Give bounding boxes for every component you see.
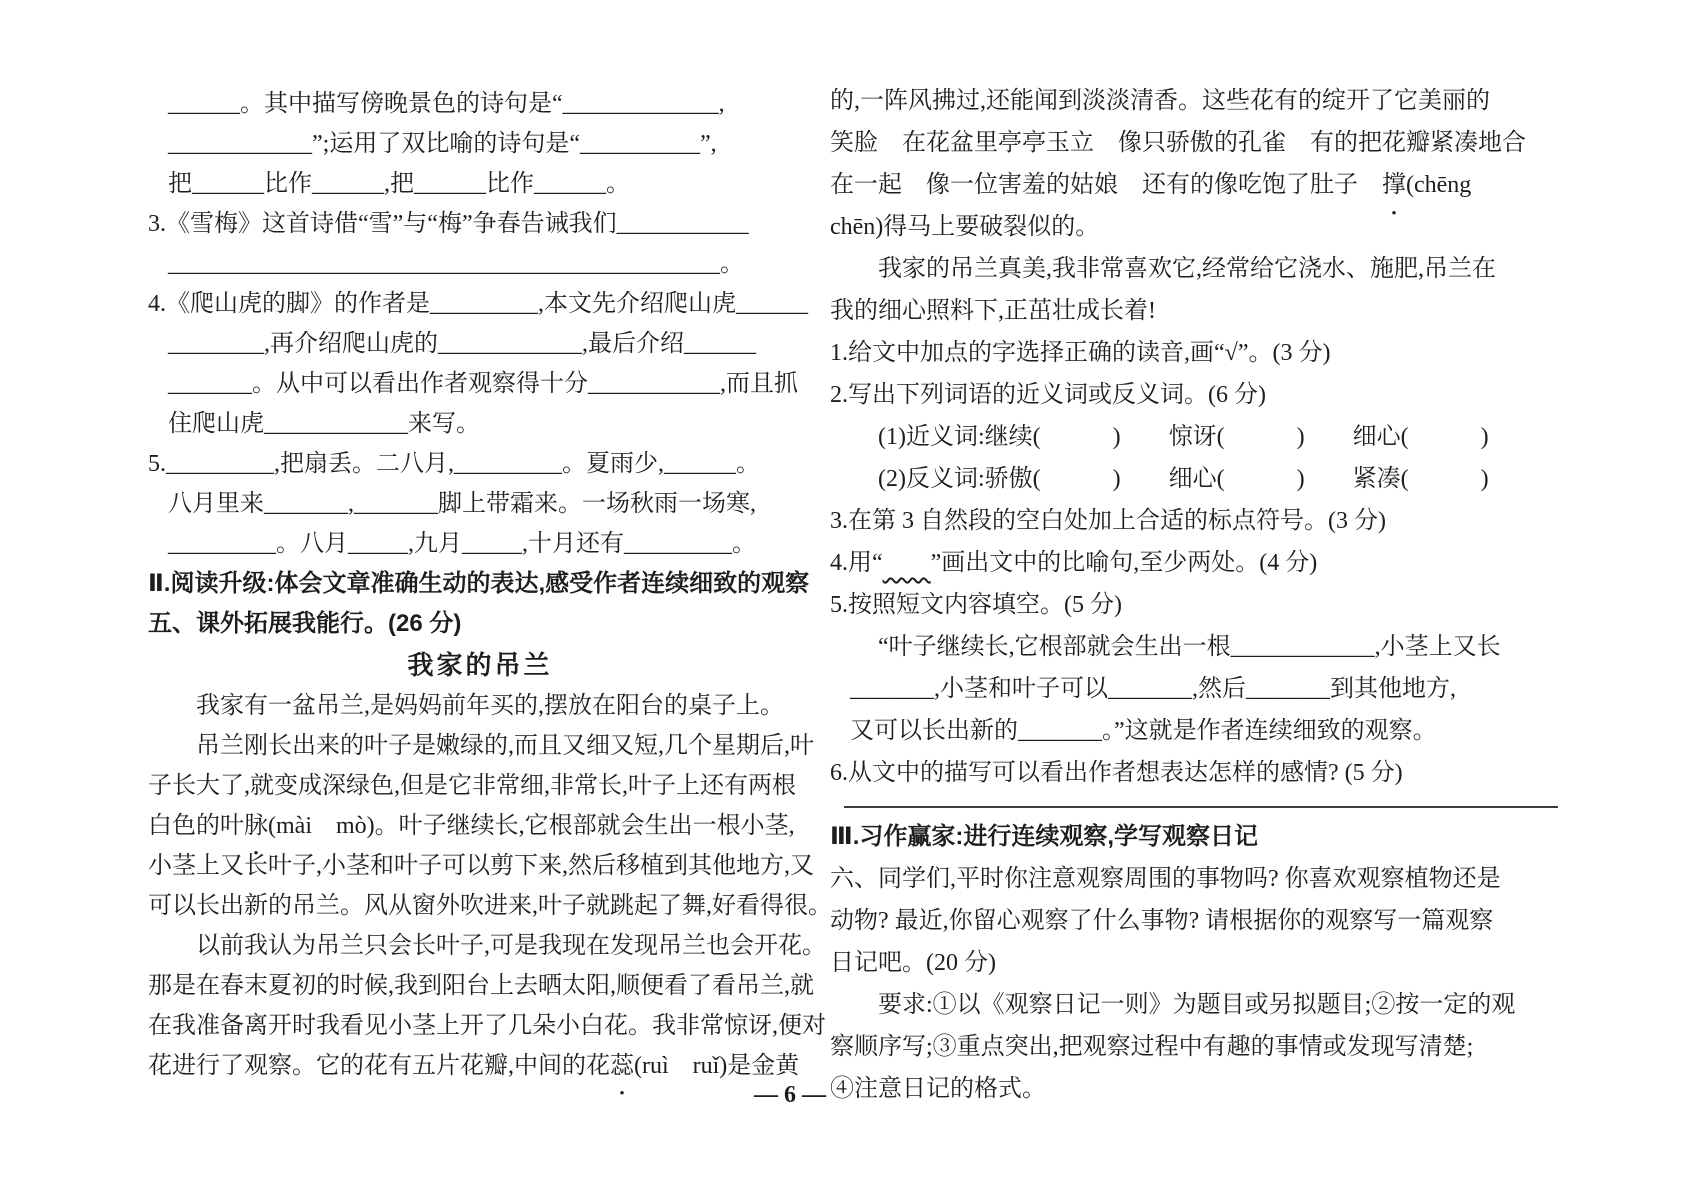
question-line: 1.给文中加点的字选择正确的读音,画“√”。(3 分): [830, 332, 1574, 374]
essay-line: 白色的叶脉(mài mò)。叶子继续长,它根部就会生出一根小茎,: [148, 806, 812, 846]
writing-line: 六、同学们,平时你注意观察周围的事物吗? 你喜欢观察植物还是: [830, 858, 1574, 900]
text-run: 笑脸 在花盆里亭亭玉立 像只骄傲的孔雀 有的把花瓣紧凑地合: [830, 130, 1526, 156]
question-line: 住爬山虎____________来写。: [148, 404, 812, 444]
writing-line: 察顺序写;③重点突出,把观察过程中有趣的事情或发现写清楚;: [830, 1026, 1574, 1068]
text-run: 六、同学们,平时你注意观察周围的事物吗? 你喜欢观察植物还是: [830, 866, 1501, 892]
question-line: ________,再介绍爬山虎的____________,最后介绍______: [148, 324, 812, 364]
text-run: 6.从文中的描写可以看出作者想表达怎样的感情? (5 分): [830, 760, 1403, 786]
text-run: 察顺序写;③重点突出,把观察过程中有趣的事情或发现写清楚;: [830, 1034, 1473, 1060]
writing-line: 日记吧。(20 分): [830, 942, 1574, 984]
text-run: 5.按照短文内容填空。(5 分): [830, 592, 1122, 618]
question-line: _______,小茎和叶子可以_______,然后_______到其他地方,: [830, 668, 1574, 710]
essay-block-right: 的,一阵风拂过,还能闻到淡淡清香。这些花有的绽开了它美丽的笑脸 在花盆里亭亭玉立…: [830, 80, 1574, 332]
text-run: _______,小茎和叶子可以_______,然后_______到其他地方,: [850, 676, 1456, 702]
text-run: 可以长出新的吊兰。风从窗外吹进来,叶子就跳起了舞,好看得很。: [148, 893, 832, 919]
text-run: 住爬山虎____________来写。: [168, 411, 480, 437]
text-run: 在我准备离开时我看见小茎上开了几朵小白花。我非常惊讶,便对: [148, 1013, 826, 1039]
text-run: “叶子继续长,它根部就会生出一根____________,小茎上又长: [878, 634, 1501, 660]
essay-line: 吊兰刚长出来的叶子是嫩绿的,而且又细又短,几个星期后,叶: [148, 726, 812, 766]
question-block-right: 1.给文中加点的字选择正确的读音,画“√”。(3 分)2.写出下列词语的近义词或…: [830, 332, 1574, 794]
essay-title: 我家的吊兰: [148, 645, 812, 685]
essay-line: 花进行了观察。它的花有五片花瓣,中间的花蕊(ruì ruǐ)是金黄: [148, 1046, 812, 1086]
text-run: 子长大了,就变成深绿色,但是它非常细,非常长,叶子上还有两根: [148, 773, 796, 799]
text-run: 花进行了观察。它的花有五片花瓣,中间的花: [148, 1053, 610, 1079]
text-run: ________,再介绍爬山虎的____________,最后介绍______: [168, 331, 756, 357]
text-run: (chēng: [1406, 172, 1471, 198]
question-line: 八月里来_______,_______脚上带霜来。一场秋雨一场寒,: [148, 484, 812, 524]
text-run: 白色的叶: [148, 813, 244, 839]
writing-block: 六、同学们,平时你注意观察周围的事物吗? 你喜欢观察植物还是动物? 最近,你留心…: [830, 858, 1574, 1110]
writing-line: 要求:①以《观察日记一则》为题目或另拟题目;②按一定的观: [830, 984, 1574, 1026]
text-run: 2.写出下列词语的近义词或反义词。(6 分): [830, 382, 1266, 408]
page-number: — 6 —: [0, 1082, 1580, 1109]
question-line: 把______比作______,把______比作______。: [148, 164, 812, 204]
question-line: (2)反义词:骄傲( ) 细心( ) 紧凑( ): [830, 458, 1574, 500]
text-run: 那是在春末夏初的时候,我到阳台上去晒太阳,顺便看了看吊兰,就: [148, 973, 814, 999]
text-run: 把______比作______,把______比作______。: [168, 171, 630, 197]
question-line: 4.《爬山虎的脚》的作者是_________,本文先介绍爬山虎______: [148, 284, 812, 324]
writing-line: 动物? 最近,你留心观察了什么事物? 请根据你的观察写一篇观察: [830, 900, 1574, 942]
wavy-line-mark: [883, 550, 931, 576]
text-run: 日记吧。(20 分): [830, 950, 996, 976]
scanned-test-page: { "colors": { "background": "#ffffff", "…: [0, 0, 1682, 1190]
left-column: ______。其中描写傍晚景色的诗句是“_____________,______…: [148, 84, 812, 1086]
essay-line: 小茎上又长叶子,小茎和叶子可以剪下来,然后移植到其他地方,又: [148, 846, 812, 886]
text-run: 吊兰刚长出来的叶子是嫩绿的,而且又细又短,几个星期后,叶: [196, 733, 814, 759]
text-run: _________。八月_____,九月_____,十月还有_________。: [168, 531, 756, 557]
section-heading-reading: Ⅱ.阅读升级:体会文章准确生动的表达,感受作者连续细致的观察: [148, 564, 812, 604]
essay-line: 的,一阵风拂过,还能闻到淡淡清香。这些花有的绽开了它美丽的: [830, 80, 1574, 122]
question-line: _______。从中可以看出作者观察得十分___________,而且抓: [148, 364, 812, 404]
text-run: chēn)得马上要破裂似的。: [830, 214, 1099, 240]
text-run: 3.在第 3 自然段的空白处加上合适的标点符号。(3 分): [830, 508, 1386, 534]
essay-line: 那是在春末夏初的时候,我到阳台上去晒太阳,顺便看了看吊兰,就: [148, 966, 812, 1006]
question-line: 5.按照短文内容填空。(5 分): [830, 584, 1574, 626]
text-run: (2)反义词:骄傲( ) 细心( ) 紧凑( ): [878, 466, 1489, 492]
text-run: 又可以长出新的_______。”这就是作者连续细致的观察。: [850, 718, 1437, 744]
text-run: (1)近义词:继续( ) 惊讶( ) 细心( ): [878, 424, 1489, 450]
section-heading-writing: Ⅲ.习作赢家:进行连续观察,学写观察日记: [830, 816, 1574, 858]
text-run: 5._________,把扇丢。二八月,_________。夏雨少,______…: [148, 451, 760, 477]
text-run: 在一起 像一位害羞的姑娘 还有的像吃饱了肚子: [830, 172, 1382, 198]
essay-line: 笑脸 在花盆里亭亭玉立 像只骄傲的孔雀 有的把花瓣紧凑地合: [830, 122, 1574, 164]
text-run: ”画出文中的比喻句,至少两处。(4 分): [931, 550, 1318, 576]
section-divider: [844, 806, 1558, 808]
text-run: ______。其中描写傍晚景色的诗句是“_____________,: [168, 91, 725, 117]
text-run: 的,一阵风拂过,还能闻到淡淡清香。这些花有的绽开了它美丽的: [830, 88, 1490, 114]
text-run: 小茎上又长叶子,小茎和叶子可以剪下来,然后移植到其他地方,又: [148, 853, 814, 879]
essay-line: 我家的吊兰真美,我非常喜欢它,经常给它浇水、施肥,吊兰在: [830, 248, 1574, 290]
text-run: 要求:①以《观察日记一则》为题目或另拟题目;②按一定的观: [878, 992, 1515, 1018]
text-run: 我家的吊兰真美,我非常喜欢它,经常给它浇水、施肥,吊兰在: [878, 256, 1496, 282]
essay-line: 我家有一盆吊兰,是妈妈前年买的,摆放在阳台的桌子上。: [148, 686, 812, 726]
question-line: 6.从文中的描写可以看出作者想表达怎样的感情? (5 分): [830, 752, 1574, 794]
question-line: ________________________________________…: [148, 244, 812, 284]
question-line: 5._________,把扇丢。二八月,_________。夏雨少,______…: [148, 444, 812, 484]
text-run: ____________”;运用了双比喻的诗句是“__________”,: [168, 131, 717, 157]
question-line: _________。八月_____,九月_____,十月还有_________。: [148, 524, 812, 564]
emphasis-dot-char: 蕊: [610, 1046, 634, 1086]
question-line: 4.用“ ”画出文中的比喻句,至少两处。(4 分): [830, 542, 1574, 584]
question-line: 3.《雪梅》这首诗借“雪”与“梅”争春告诫我们___________: [148, 204, 812, 244]
essay-block-left: 我家有一盆吊兰,是妈妈前年买的,摆放在阳台的桌子上。吊兰刚长出来的叶子是嫩绿的,…: [148, 686, 812, 1086]
essay-line: 子长大了,就变成深绿色,但是它非常细,非常长,叶子上还有两根: [148, 766, 812, 806]
question-block-left: ______。其中描写傍晚景色的诗句是“_____________,______…: [148, 84, 812, 564]
essay-line: 可以长出新的吊兰。风从窗外吹进来,叶子就跳起了舞,好看得很。: [148, 886, 812, 926]
emphasis-dot-char: 脉: [244, 806, 268, 846]
question-line: 2.写出下列词语的近义词或反义词。(6 分): [830, 374, 1574, 416]
text-run: (ruì ruǐ)是金黄: [634, 1053, 799, 1079]
question-line: ______。其中描写傍晚景色的诗句是“_____________,: [148, 84, 812, 124]
text-run: 八月里来_______,_______脚上带霜来。一场秋雨一场寒,: [168, 491, 756, 517]
essay-line: 在我准备离开时我看见小茎上开了几朵小白花。我非常惊讶,便对: [148, 1006, 812, 1046]
text-run: _______。从中可以看出作者观察得十分___________,而且抓: [168, 371, 798, 397]
text-run: 3.《雪梅》这首诗借“雪”与“梅”争春告诫我们___________: [148, 211, 749, 237]
right-column: 的,一阵风拂过,还能闻到淡淡清香。这些花有的绽开了它美丽的笑脸 在花盆里亭亭玉立…: [830, 80, 1574, 1110]
essay-line: chēn)得马上要破裂似的。: [830, 206, 1574, 248]
emphasis-dot-char: 撑: [1382, 164, 1406, 206]
essay-line: 在一起 像一位害羞的姑娘 还有的像吃饱了肚子 撑(chēng: [830, 164, 1574, 206]
text-run: 4.用“: [830, 550, 883, 576]
question-line: 又可以长出新的_______。”这就是作者连续细致的观察。: [830, 710, 1574, 752]
text-run: 1.给文中加点的字选择正确的读音,画“√”。(3 分): [830, 340, 1330, 366]
text-run: 动物? 最近,你留心观察了什么事物? 请根据你的观察写一篇观察: [830, 908, 1493, 934]
question-line: (1)近义词:继续( ) 惊讶( ) 细心( ): [830, 416, 1574, 458]
text-run: ________________________________________…: [168, 251, 744, 277]
text-run: 我家有一盆吊兰,是妈妈前年买的,摆放在阳台的桌子上。: [196, 693, 784, 719]
question-line: ____________”;运用了双比喻的诗句是“__________”,: [148, 124, 812, 164]
question-line: 3.在第 3 自然段的空白处加上合适的标点符号。(3 分): [830, 500, 1574, 542]
text-run: 我的细心照料下,正茁壮成长着!: [830, 298, 1156, 324]
essay-line: 以前我认为吊兰只会长叶子,可是我现在发现吊兰也会开花。: [148, 926, 812, 966]
text-run: (mài mò)。叶子继续长,它根部就会生出一根小茎,: [268, 813, 795, 839]
section-heading-five: 五、课外拓展我能行。(26 分): [148, 604, 812, 644]
question-line: “叶子继续长,它根部就会生出一根____________,小茎上又长: [830, 626, 1574, 668]
text-run: 4.《爬山虎的脚》的作者是_________,本文先介绍爬山虎______: [148, 291, 808, 317]
essay-line: 我的细心照料下,正茁壮成长着!: [830, 290, 1574, 332]
text-run: 以前我认为吊兰只会长叶子,可是我现在发现吊兰也会开花。: [196, 933, 826, 959]
